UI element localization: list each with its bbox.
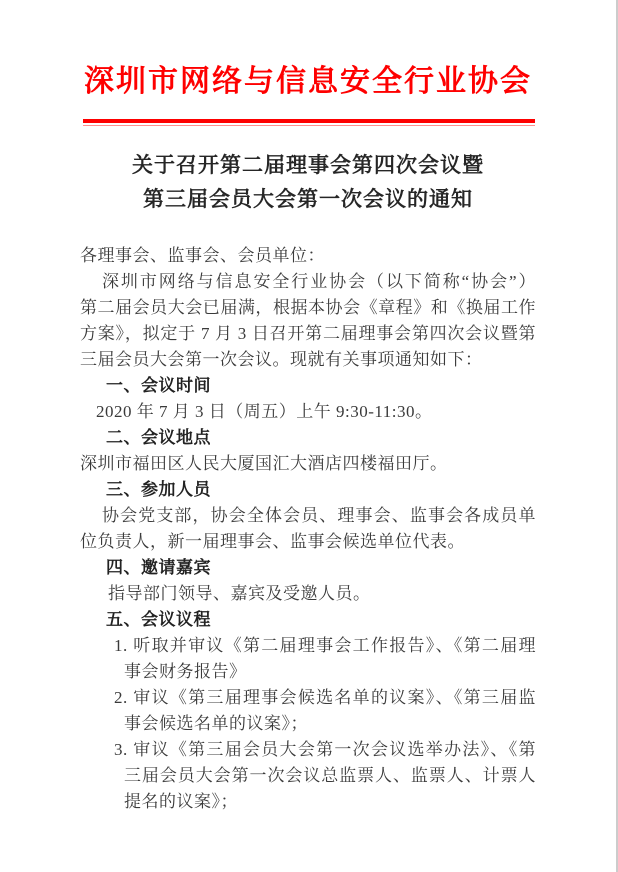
org-name-header: 深圳市网络与信息安全行业协会 (0, 62, 616, 102)
section-5-heading: 五、会议议程 (80, 607, 536, 633)
agenda-item-2-line-1: 2. 审议《第三届理事会候选名单的议案》、《第三届监 (80, 685, 536, 711)
salutation: 各理事会、监事会、会员单位： (80, 243, 536, 269)
intro-line-3: 方案》，拟定于 7 月 3 日召开第二届理事会第四次会议暨第 (80, 321, 536, 347)
notice-title-line1: 关于召开第二届理事会第四次会议暨 (30, 148, 586, 182)
agenda-item-3-line-3: 提名的议案》； (80, 789, 536, 815)
header-divider (83, 119, 535, 126)
notice-body: 各理事会、监事会、会员单位： 深圳市网络与信息安全行业协会（以下简称“协会”） … (80, 243, 536, 815)
intro-line-1: 深圳市网络与信息安全行业协会（以下简称“协会”） (80, 269, 536, 295)
agenda-item-1-line-2: 事会财务报告》 (80, 659, 536, 685)
section-4-heading: 四、邀请嘉宾 (80, 555, 536, 581)
invited-guests: 指导部门领导、嘉宾及受邀人员。 (80, 581, 536, 607)
section-3-heading: 三、参加人员 (80, 477, 536, 503)
section-2-heading: 二、会议地点 (80, 425, 536, 451)
notice-title-line2: 第三届会员大会第一次会议的通知 (30, 182, 586, 216)
agenda-item-3-line-1: 3. 审议《第三届会员大会第一次会议选举办法》、《第 (80, 737, 536, 763)
meeting-time: 2020 年 7 月 3 日（周五）上午 9:30-11:30。 (80, 399, 536, 425)
agenda-item-1-line-1: 1. 听取并审议《第二届理事会工作报告》、《第二届理 (80, 633, 536, 659)
intro-line-4: 三届会员大会第一次会议。现就有关事项通知如下： (80, 347, 536, 373)
meeting-location: 深圳市福田区人民大厦国汇大酒店四楼福田厅。 (80, 451, 536, 477)
participants-line-2: 位负责人，新一届理事会、监事会候选单位代表。 (80, 529, 536, 555)
intro-line-2: 第二届会员大会已届满，根据本协会《章程》和《换届工作 (80, 295, 536, 321)
participants-line-1: 协会党支部，协会全体会员、理事会、监事会各成员单 (80, 503, 536, 529)
document-page: 深圳市网络与信息安全行业协会 关于召开第二届理事会第四次会议暨 第三届会员大会第… (0, 0, 618, 872)
agenda-item-3-line-2: 三届会员大会第一次会议总监票人、监票人、计票人 (80, 763, 536, 789)
notice-title: 关于召开第二届理事会第四次会议暨 第三届会员大会第一次会议的通知 (30, 148, 586, 216)
divider-thin-line (83, 125, 535, 126)
section-1-heading: 一、会议时间 (80, 373, 536, 399)
agenda-item-2-line-2: 事会候选名单的议案》； (80, 711, 536, 737)
divider-thick-line (83, 119, 535, 123)
